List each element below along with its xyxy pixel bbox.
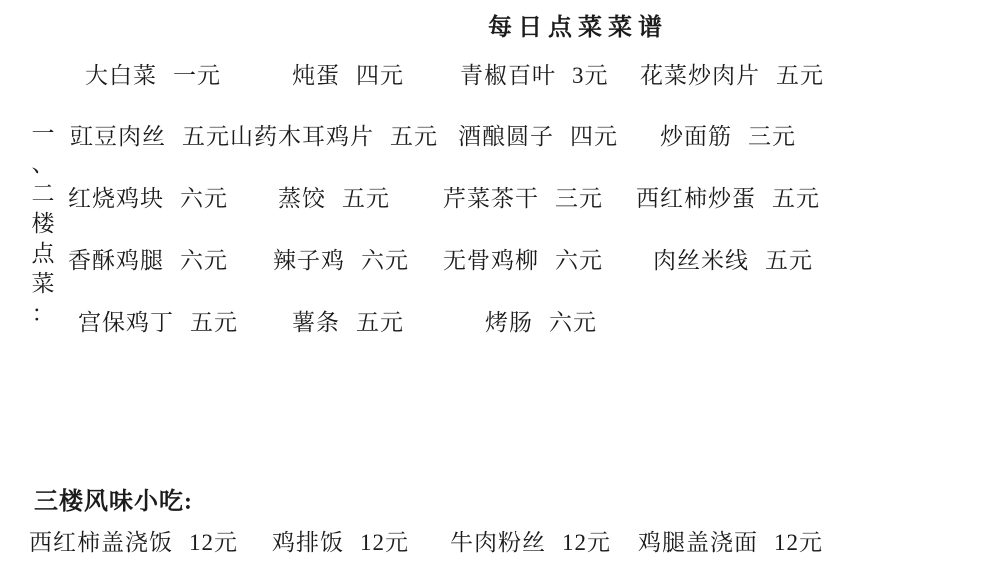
menu-item: 炖蛋四元 bbox=[292, 57, 404, 90]
side-label-char: 楼 bbox=[28, 209, 58, 239]
dish-price: 五元 bbox=[356, 310, 404, 335]
menu-row: 豇豆肉丝五元 山药木耳鸡片五元 酒酿圆子四元 炒面筋三元 bbox=[0, 118, 1000, 148]
menu-item: 红烧鸡块六元 bbox=[68, 180, 228, 213]
dish-name: 芹菜茶干 bbox=[443, 186, 539, 211]
dish-price: 12元 bbox=[774, 530, 823, 555]
menu-item: 花菜炒肉片五元 bbox=[640, 57, 824, 90]
dish-price: 12元 bbox=[562, 530, 611, 555]
dish-name: 红烧鸡块 bbox=[68, 186, 164, 211]
dish-price: 六元 bbox=[180, 186, 228, 211]
menu-item: 西红柿炒蛋五元 bbox=[636, 180, 820, 213]
menu-row: 香酥鸡腿六元 辣子鸡六元 无骨鸡柳六元 肉丝米线五元 bbox=[0, 242, 1000, 272]
dish-name: 无骨鸡柳 bbox=[443, 248, 539, 273]
side-label-char: 菜 bbox=[28, 269, 58, 299]
dish-price: 12元 bbox=[360, 530, 409, 555]
dish-price: 六元 bbox=[180, 248, 228, 273]
menu-item: 山药木耳鸡片五元 bbox=[230, 118, 438, 151]
dish-price: 四元 bbox=[356, 63, 404, 88]
menu-item: 西红柿盖浇饭12元 bbox=[29, 524, 238, 557]
menu-row: 宫保鸡丁五元 薯条五元 烤肠六元 bbox=[0, 304, 1000, 334]
dish-name: 酒酿圆子 bbox=[458, 124, 554, 149]
dish-name: 香酥鸡腿 bbox=[68, 248, 164, 273]
menu-item: 鸡腿盖浇面12元 bbox=[638, 524, 823, 557]
dish-price: 五元 bbox=[390, 124, 438, 149]
floor-1-2-side-label: 一 、 二 楼 点 菜 ： bbox=[28, 119, 58, 329]
dish-name: 炒面筋 bbox=[660, 124, 732, 149]
dish-name: 山药木耳鸡片 bbox=[230, 124, 374, 149]
menu-item: 炒面筋三元 bbox=[660, 118, 796, 151]
dish-name: 西红柿盖浇饭 bbox=[29, 530, 173, 555]
dish-name: 烤肠 bbox=[485, 310, 533, 335]
dish-name: 鸡腿盖浇面 bbox=[638, 530, 758, 555]
dish-name: 青椒百叶 bbox=[460, 63, 556, 88]
dish-price: 三元 bbox=[748, 124, 796, 149]
dish-price: 六元 bbox=[361, 248, 409, 273]
dish-price: 五元 bbox=[342, 186, 390, 211]
menu-item: 大白菜一元 bbox=[85, 57, 221, 90]
dish-price: 一元 bbox=[173, 63, 221, 88]
dish-name: 大白菜 bbox=[85, 63, 157, 88]
dish-price: 六元 bbox=[555, 248, 603, 273]
dish-price: 五元 bbox=[776, 63, 824, 88]
menu-item: 香酥鸡腿六元 bbox=[68, 242, 228, 275]
menu-row: 红烧鸡块六元 蒸饺五元 芹菜茶干三元 西红柿炒蛋五元 bbox=[0, 180, 1000, 210]
dish-name: 花菜炒肉片 bbox=[640, 63, 760, 88]
dish-name: 西红柿炒蛋 bbox=[636, 186, 756, 211]
menu-item: 芹菜茶干三元 bbox=[443, 180, 603, 213]
dish-name: 蒸饺 bbox=[278, 186, 326, 211]
dish-name: 炖蛋 bbox=[292, 63, 340, 88]
dish-name: 豇豆肉丝 bbox=[70, 124, 166, 149]
menu-item: 牛肉粉丝12元 bbox=[450, 524, 611, 557]
dish-name: 薯条 bbox=[292, 310, 340, 335]
dish-name: 宫保鸡丁 bbox=[78, 310, 174, 335]
floor3-row: 西红柿盖浇饭12元 鸡排饭12元 牛肉粉丝12元 鸡腿盖浇面12元 bbox=[0, 524, 1000, 554]
menu-item: 青椒百叶3元 bbox=[460, 57, 609, 90]
menu-document: 每日点菜菜谱 一 、 二 楼 点 菜 ： 大白菜一元 炖蛋四元 青椒百叶3元 花… bbox=[0, 0, 1000, 588]
dish-price: 六元 bbox=[549, 310, 597, 335]
menu-item: 鸡排饭12元 bbox=[272, 524, 409, 557]
menu-item: 无骨鸡柳六元 bbox=[443, 242, 603, 275]
dish-name: 辣子鸡 bbox=[273, 248, 345, 273]
dish-price: 12元 bbox=[189, 530, 238, 555]
menu-item: 豇豆肉丝五元 bbox=[70, 118, 230, 151]
dish-price: 五元 bbox=[772, 186, 820, 211]
floor-3-heading: 三楼风味小吃: bbox=[34, 481, 193, 516]
menu-item: 辣子鸡六元 bbox=[273, 242, 409, 275]
dish-price: 三元 bbox=[555, 186, 603, 211]
menu-row: 大白菜一元 炖蛋四元 青椒百叶3元 花菜炒肉片五元 bbox=[0, 57, 1000, 87]
dish-price: 五元 bbox=[190, 310, 238, 335]
dish-name: 牛肉粉丝 bbox=[450, 530, 546, 555]
side-label-char: 、 bbox=[28, 149, 58, 179]
menu-item: 烤肠六元 bbox=[485, 304, 597, 337]
dish-name: 鸡排饭 bbox=[272, 530, 344, 555]
menu-item: 酒酿圆子四元 bbox=[458, 118, 618, 151]
dish-price: 五元 bbox=[182, 124, 230, 149]
menu-item: 宫保鸡丁五元 bbox=[78, 304, 238, 337]
dish-name: 肉丝米线 bbox=[653, 248, 749, 273]
menu-item: 蒸饺五元 bbox=[278, 180, 390, 213]
menu-item: 薯条五元 bbox=[292, 304, 404, 337]
page-title: 每日点菜菜谱 bbox=[488, 7, 668, 42]
dish-price: 四元 bbox=[570, 124, 618, 149]
menu-item: 肉丝米线五元 bbox=[653, 242, 813, 275]
dish-price: 五元 bbox=[765, 248, 813, 273]
dish-price: 3元 bbox=[572, 63, 609, 88]
